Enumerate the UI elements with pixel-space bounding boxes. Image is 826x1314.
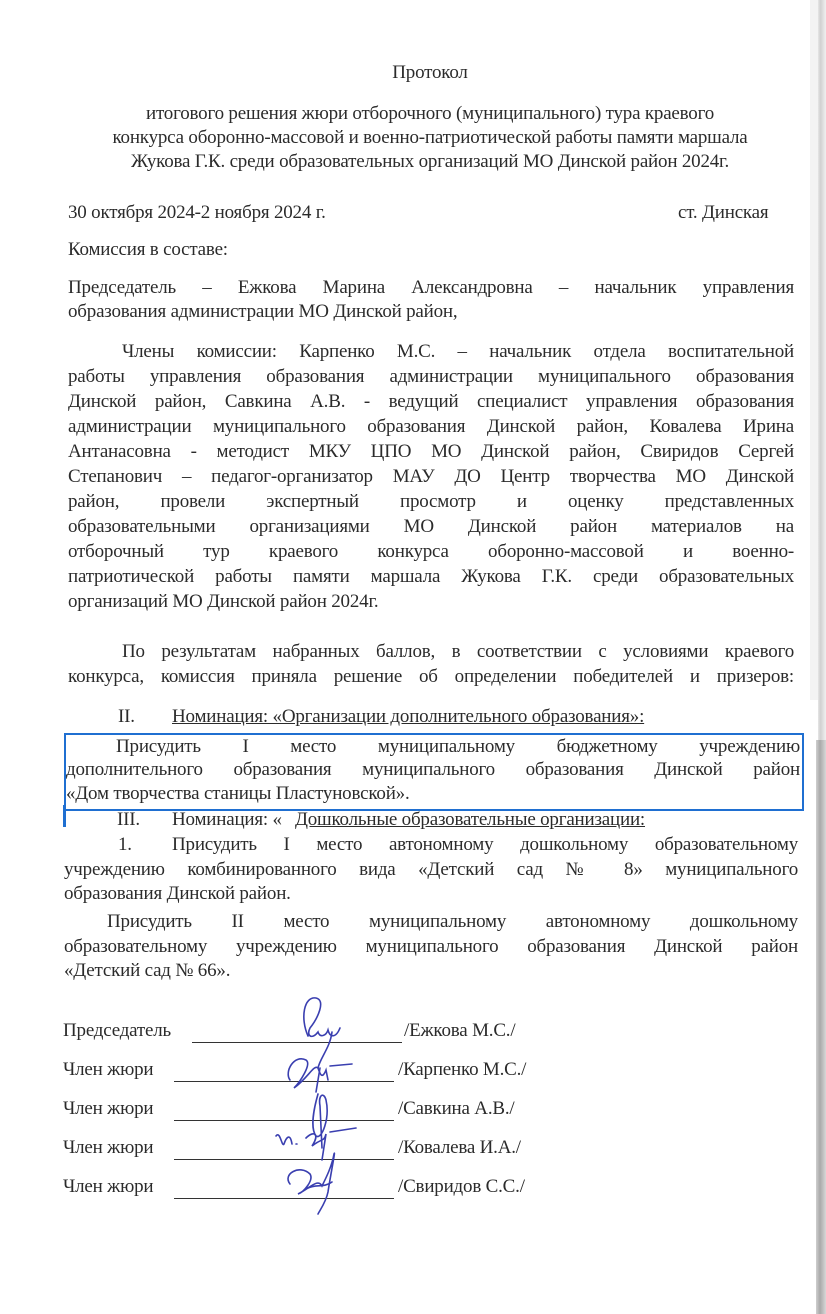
- signature-role: Председатель: [63, 1019, 171, 1043]
- members-text: Антанасовна - методист МКУ ЦПО МО Динско…: [68, 440, 794, 464]
- chairman-text: образования администрации МО Динской рай…: [68, 300, 457, 324]
- document-place: ст. Динская: [678, 201, 768, 225]
- document-title: Протокол: [0, 61, 826, 85]
- signature-name: /Свиридов С.С./: [398, 1175, 525, 1199]
- commission-heading: Комиссия в составе:: [68, 238, 228, 262]
- signature-role: Член жюри: [63, 1058, 153, 1082]
- nomination-3-award-1: Присудить I место автономному дошкольном…: [172, 833, 798, 857]
- handwritten-signatures-icon: [260, 988, 370, 1218]
- members-text: администрации муниципального образования…: [68, 415, 794, 439]
- nomination-3-award-1: учреждению комбинированного вида «Детски…: [64, 858, 798, 882]
- subtitle-line: Жукова Г.К. среди образовательных органи…: [0, 150, 826, 174]
- selection-highlight-tail: [63, 805, 66, 827]
- members-text: работы управления образования администра…: [68, 365, 794, 389]
- results-text: По результатам набранных баллов, в соотв…: [122, 640, 794, 664]
- members-text: Степанович – педагог-организатор МАУ ДО …: [68, 465, 794, 489]
- nomination-3-award-2: Присудить II место муниципальному автоно…: [107, 910, 798, 934]
- members-text: отборочный тур краевого конкурса оборонн…: [68, 540, 794, 564]
- nomination-3-award-2: «Детский сад № 66».: [64, 959, 230, 983]
- members-text: патриотической работы памяти маршала Жук…: [68, 565, 794, 589]
- members-text: Динской район, Савкина А.В. - ведущий сп…: [68, 390, 794, 414]
- nomination-3-award-2: образовательному учреждению муниципально…: [64, 935, 798, 959]
- members-text: организаций МО Динской район 2024г.: [68, 590, 378, 614]
- results-text: конкурса, комиссия приняла решение об оп…: [68, 665, 794, 689]
- selection-highlight-box: [64, 733, 804, 811]
- members-text: Члены комиссии: Карпенко М.С. – начальни…: [122, 340, 794, 364]
- signature-role: Член жюри: [63, 1097, 153, 1121]
- members-text: образовательными организациями МО Динско…: [68, 515, 794, 539]
- signature-role: Член жюри: [63, 1175, 153, 1199]
- signature-name: /Ковалева И.А./: [398, 1136, 521, 1160]
- nomination-3-label: Дошкольные образовательные организации:: [295, 808, 645, 832]
- subtitle-line: конкурса оборонно-массовой и военно-патр…: [0, 126, 826, 150]
- signature-role: Член жюри: [63, 1136, 153, 1160]
- members-text: район, провели экспертный просмотр и оце…: [68, 490, 794, 514]
- chairman-text: Председатель – Ежкова Марина Александров…: [68, 276, 794, 300]
- nomination-3-label-prefix: Номинация: «: [172, 808, 282, 832]
- signature-name: /Савкина А.В./: [398, 1097, 514, 1121]
- nomination-2-label: Номинация: «Организации дополнительного …: [172, 705, 644, 729]
- subtitle-line: итогового решения жюри отборочного (муни…: [0, 102, 826, 126]
- scrollbar[interactable]: [816, 740, 826, 1314]
- item-number: 1.: [118, 833, 132, 857]
- signature-name: /Карпенко М.С./: [398, 1058, 526, 1082]
- signature-name: /Ежкова М.С./: [404, 1019, 515, 1043]
- nomination-3-number: III.: [117, 808, 140, 832]
- nomination-2-number: II.: [118, 705, 135, 729]
- document-date: 30 октября 2024-2 ноября 2024 г.: [68, 201, 326, 225]
- nomination-3-award-1: образования Динской район.: [64, 882, 291, 906]
